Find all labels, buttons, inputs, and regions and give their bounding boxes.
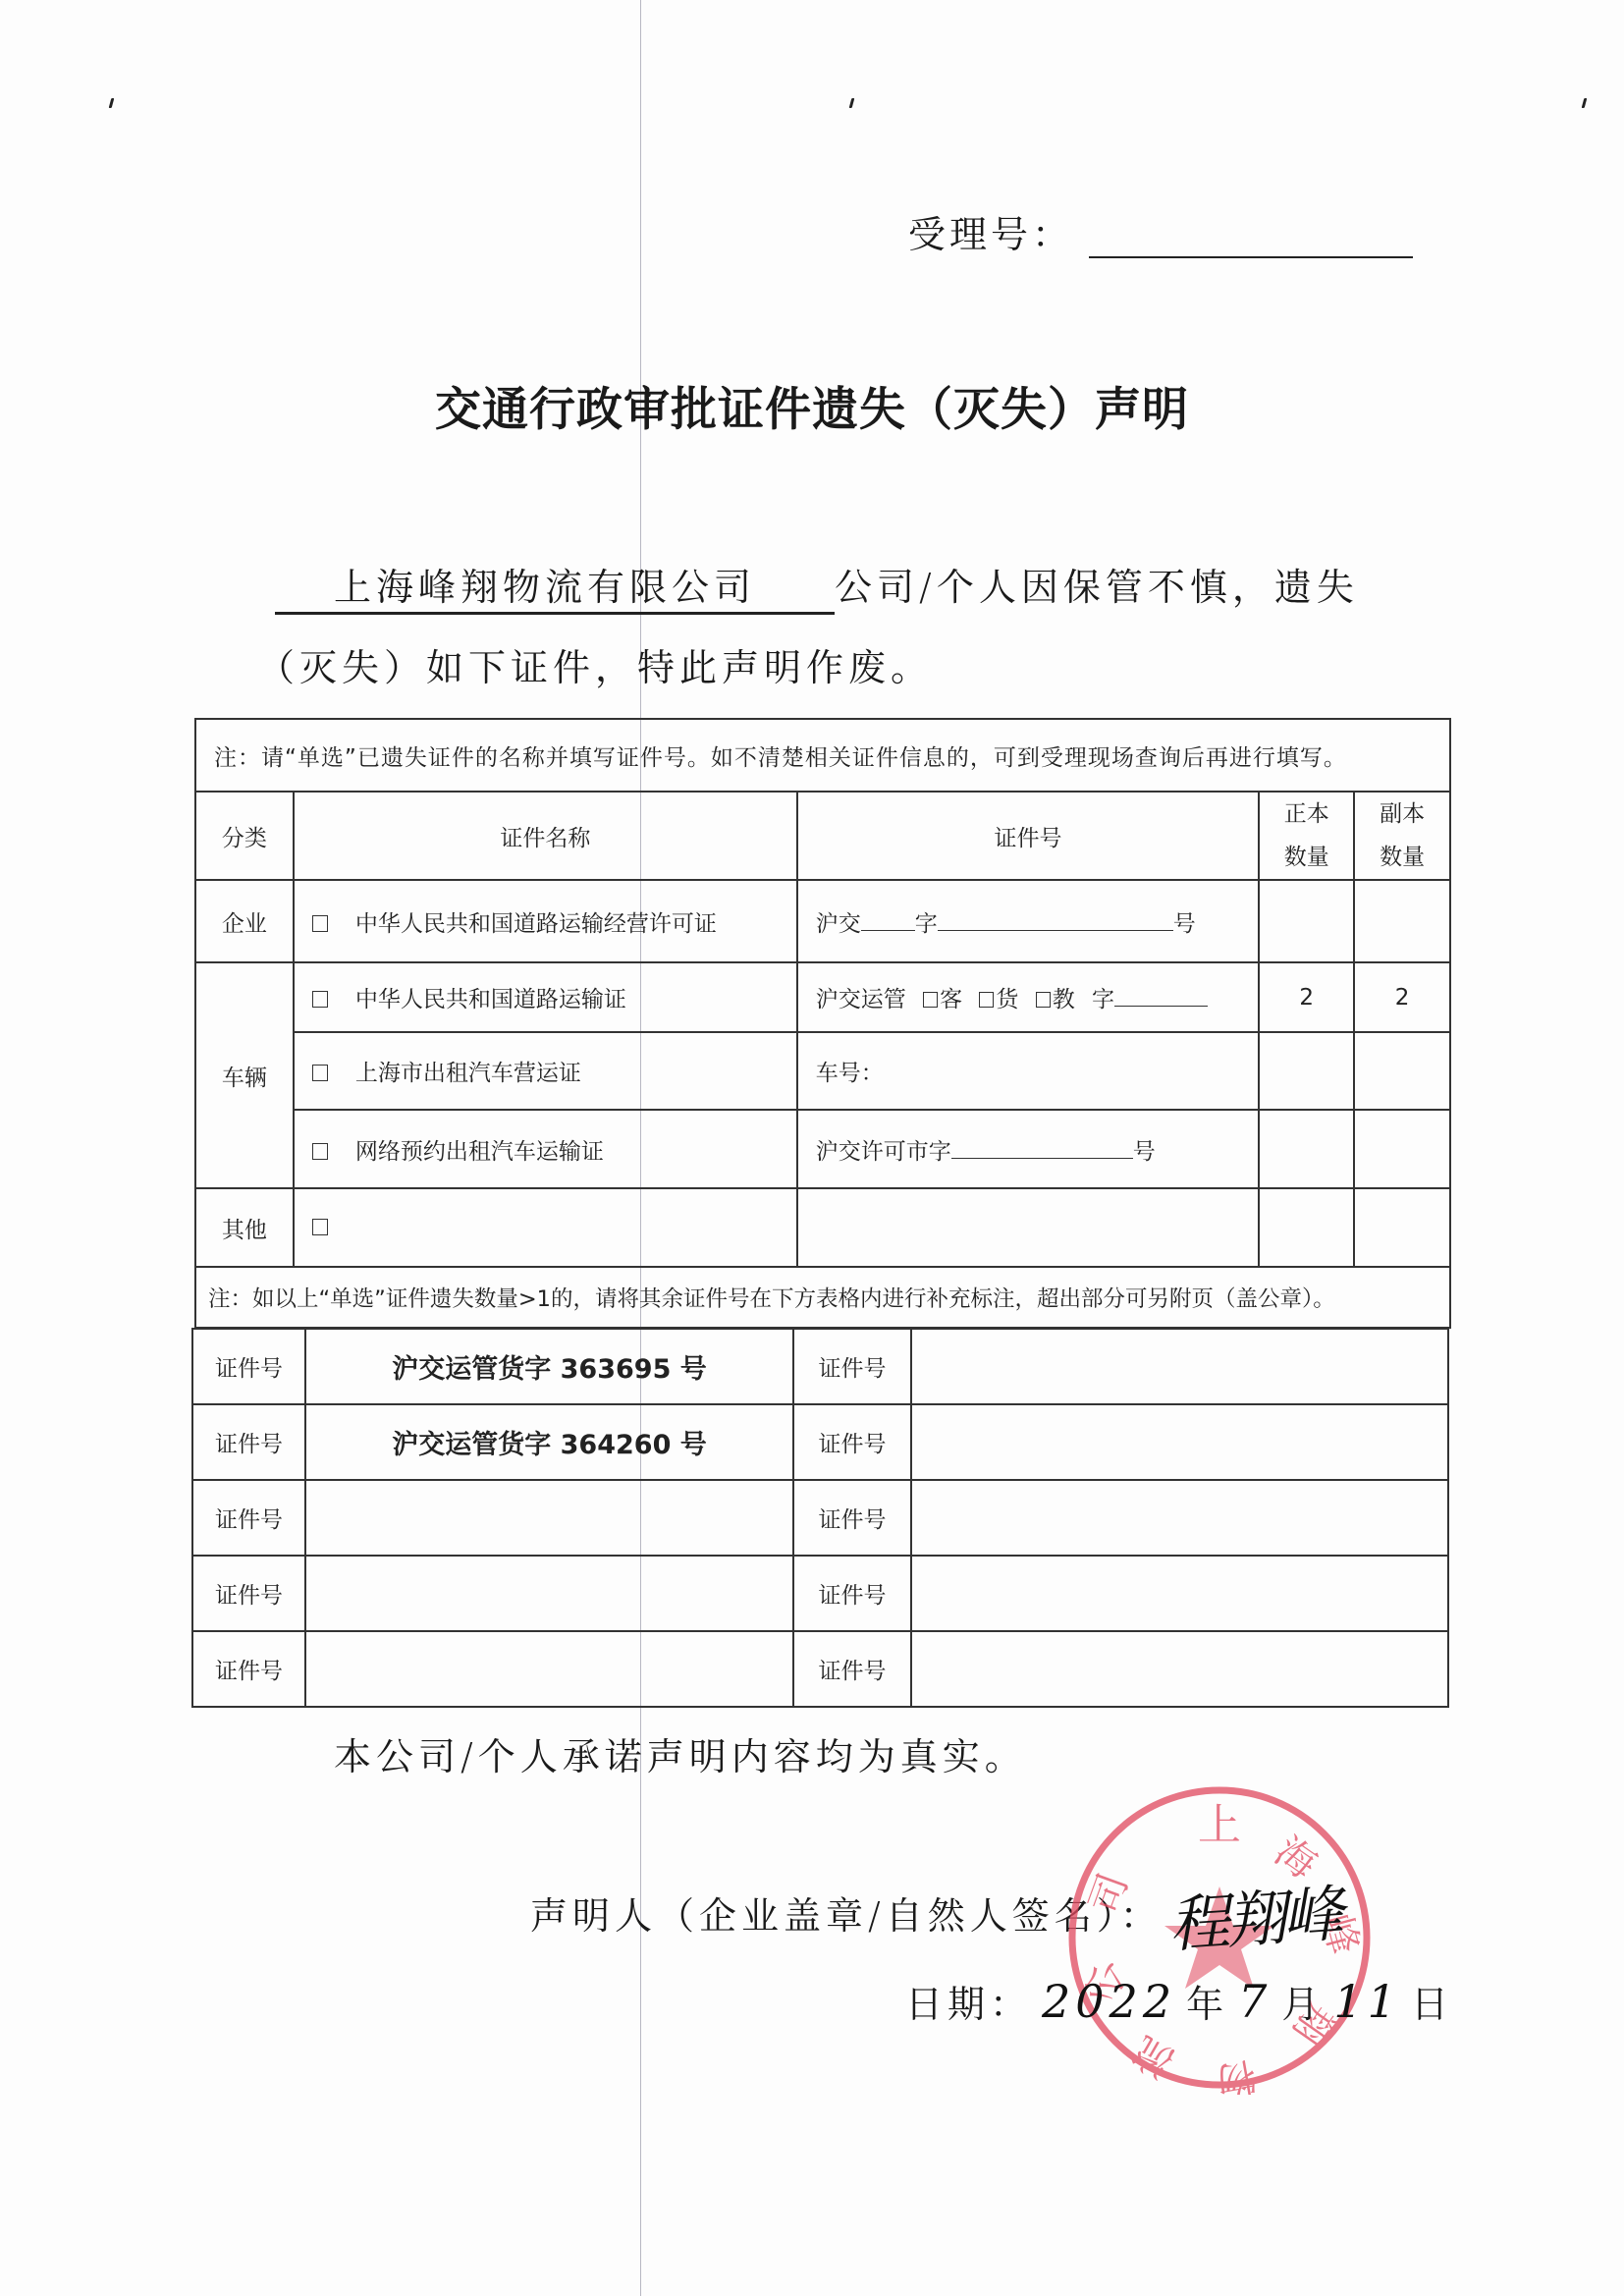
scan-mark (1582, 98, 1588, 108)
cert-name: 中华人民共和国道路运输经营许可证 (355, 911, 717, 937)
original-qty[interactable]: 2 (1259, 962, 1354, 1032)
number-blank[interactable] (951, 1138, 1133, 1159)
select-checkbox[interactable] (312, 991, 328, 1008)
option-cargo-label: 货 (996, 987, 1018, 1012)
truthfulness-promise: 本公司/个人承诺声明内容均为真实。 (334, 1726, 1027, 1780)
date-day[interactable]: 11 (1333, 1975, 1401, 2028)
number-value[interactable] (305, 1480, 793, 1556)
table-row: 证件号 沪交运管货字 363695 号 证件号 (192, 1329, 1448, 1404)
option-training-label: 教 (1053, 987, 1075, 1012)
number-blank[interactable] (861, 910, 915, 931)
date-year[interactable]: 2022 (1042, 1975, 1176, 2028)
number-blank[interactable] (1114, 986, 1208, 1007)
number-value[interactable] (911, 1631, 1448, 1707)
table-row-other: 其他 (195, 1188, 1450, 1267)
select-checkbox[interactable] (312, 915, 328, 932)
instruction-note: 注：请“单选”已遗失证件的名称并填写证件号。如不清楚相关证件信息的，可到受理现场… (195, 719, 1450, 792)
number-suffix: 号 (1133, 1139, 1156, 1165)
declarant-label: 声明人（企业盖章/自然人签名）： (530, 1886, 1163, 1940)
select-checkbox[interactable] (312, 1143, 328, 1160)
number-label: 证件号 (192, 1556, 305, 1631)
number-value[interactable] (911, 1480, 1448, 1556)
category-other: 其他 (195, 1188, 294, 1267)
cert-name: 上海市出租汽车营运证 (355, 1061, 581, 1086)
table-row-enterprise: 企业 中华人民共和国道路运输经营许可证 沪交字号 (195, 880, 1450, 962)
number-value[interactable]: 沪交运管货字 364260 号 (305, 1404, 793, 1480)
original-qty[interactable] (1259, 880, 1354, 962)
cert-name-cell: 中华人民共和国道路运输证 (294, 962, 797, 1032)
select-checkbox[interactable] (312, 1065, 328, 1081)
statement-line1: 公司/个人因保管不慎，遗失 (835, 566, 1359, 609)
cert-name-cell (294, 1188, 797, 1267)
svg-text:流: 流 (1126, 2027, 1183, 2086)
cert-number-cell: 车号： (797, 1032, 1260, 1110)
cert-name: 网络预约出租汽车运输证 (355, 1139, 604, 1165)
copy-qty[interactable] (1354, 880, 1450, 962)
category-vehicle: 车辆 (195, 962, 294, 1188)
number-value[interactable] (911, 1556, 1448, 1631)
header-original-qty-line2: 数量 (1260, 836, 1353, 879)
original-qty[interactable] (1259, 1032, 1354, 1110)
copy-qty[interactable] (1354, 1110, 1450, 1188)
date-year-unit: 年 (1186, 1983, 1228, 2026)
number-value[interactable]: 沪交运管货字 363695 号 (305, 1329, 793, 1404)
number-value[interactable] (305, 1556, 793, 1631)
statement-paragraph: 上海峰翔物流有限公司公司/个人因保管不慎，遗失 （灭失）如下证件，特此声明作废。 (275, 545, 1404, 710)
table-row: 证件号 沪交运管货字 364260 号 证件号 (192, 1404, 1448, 1480)
cert-number-cell: 沪交运管 客 货 教 字 (797, 962, 1260, 1032)
option-passenger-checkbox[interactable] (923, 992, 938, 1008)
number-value[interactable] (305, 1631, 793, 1707)
copy-qty[interactable] (1354, 1188, 1450, 1267)
number-label: 证件号 (192, 1404, 305, 1480)
document-title: 交通行政审批证件遗失（灭失）声明 (0, 373, 1624, 439)
table-row-vehicle-taxi: 上海市出租汽车营运证 车号： (195, 1032, 1450, 1110)
select-checkbox[interactable] (312, 1219, 328, 1235)
accept-number-field: 受理号： (908, 204, 1413, 258)
option-cargo-checkbox[interactable] (979, 992, 994, 1008)
table-row: 证件号 证件号 (192, 1556, 1448, 1631)
scan-mark (849, 98, 855, 108)
header-copy-qty-line2: 数量 (1355, 836, 1449, 879)
number-value[interactable] (911, 1404, 1448, 1480)
number-prefix: 沪交许可市字 (816, 1139, 951, 1165)
svg-text:物: 物 (1214, 2052, 1260, 2095)
cert-number-cell[interactable] (797, 1188, 1260, 1267)
number-prefix: 沪交运管 (816, 987, 906, 1012)
date-field: 日期：2022年7月11日 (905, 1974, 1453, 2028)
date-month[interactable]: 7 (1238, 1975, 1272, 2028)
table-header-row: 分类 证件名称 证件号 正本 数量 副本 数量 (195, 792, 1450, 880)
company-name[interactable]: 上海峰翔物流有限公司 (275, 563, 835, 615)
header-cert-number: 证件号 (797, 792, 1260, 880)
table-row: 证件号 证件号 (192, 1631, 1448, 1707)
number-blank[interactable] (938, 910, 1173, 931)
number-label: 证件号 (793, 1480, 911, 1556)
number-prefix: 沪交 (816, 911, 861, 937)
scan-mark (109, 98, 115, 108)
statement-line2: （灭失）如下证件，特此声明作废。 (257, 626, 1404, 710)
number-label: 证件号 (192, 1480, 305, 1556)
original-qty[interactable] (1259, 1188, 1354, 1267)
number-label: 证件号 (192, 1631, 305, 1707)
date-month-unit: 月 (1281, 1983, 1324, 2026)
cert-name-cell: 上海市出租汽车营运证 (294, 1032, 797, 1110)
header-copy-qty: 副本 数量 (1354, 792, 1450, 880)
copy-qty[interactable]: 2 (1354, 962, 1450, 1032)
number-suffix: 号 (1173, 911, 1196, 937)
svg-text:上: 上 (1198, 1800, 1241, 1850)
cert-number-cell: 沪交字号 (797, 880, 1260, 962)
cert-name-cell: 中华人民共和国道路运输经营许可证 (294, 880, 797, 962)
number-prefix: 车号： (816, 1061, 884, 1086)
accept-number-blank[interactable] (1089, 213, 1413, 258)
cert-name-cell: 网络预约出租汽车运输证 (294, 1110, 797, 1188)
header-category: 分类 (195, 792, 294, 880)
table-row-vehicle-ride-hailing: 网络预约出租汽车运输证 沪交许可市字号 (195, 1110, 1450, 1188)
cert-number-cell: 沪交许可市字号 (797, 1110, 1260, 1188)
instruction-row: 注：请“单选”已遗失证件的名称并填写证件号。如不清楚相关证件信息的，可到受理现场… (195, 719, 1450, 792)
number-label: 证件号 (192, 1329, 305, 1404)
option-training-checkbox[interactable] (1036, 992, 1051, 1008)
supplementary-note-row: 注：如以上“单选”证件遗失数量>1的，请将其余证件号在下方表格内进行补充标注，超… (195, 1267, 1450, 1328)
cert-name: 中华人民共和国道路运输证 (355, 987, 626, 1012)
lost-certificate-table: 注：请“单选”已遗失证件的名称并填写证件号。如不清楚相关证件信息的，可到受理现场… (194, 718, 1451, 1329)
header-original-qty: 正本 数量 (1259, 792, 1354, 880)
number-label: 证件号 (793, 1329, 911, 1404)
category-enterprise: 企业 (195, 880, 294, 962)
number-label: 证件号 (793, 1556, 911, 1631)
number-label: 证件号 (793, 1404, 911, 1480)
handwritten-signature: 程翔峰 (1165, 1865, 1342, 1964)
number-label: 证件号 (793, 1631, 911, 1707)
number-mid: 字 (1092, 987, 1114, 1012)
additional-numbers-table: 证件号 沪交运管货字 363695 号 证件号 证件号 沪交运管货字 36426… (191, 1328, 1449, 1708)
number-value[interactable] (911, 1329, 1448, 1404)
table-row: 证件号 证件号 (192, 1480, 1448, 1556)
header-copy-qty-line1: 副本 (1355, 793, 1449, 836)
table-row-vehicle-transport: 车辆 中华人民共和国道路运输证 沪交运管 客 货 教 字 2 2 (195, 962, 1450, 1032)
supplementary-note: 注：如以上“单选”证件遗失数量>1的，请将其余证件号在下方表格内进行补充标注，超… (195, 1267, 1450, 1328)
original-qty[interactable] (1259, 1110, 1354, 1188)
date-day-unit: 日 (1411, 1983, 1453, 2026)
accept-number-label: 受理号： (908, 204, 1073, 258)
number-mid: 字 (915, 911, 938, 937)
header-cert-name: 证件名称 (294, 792, 797, 880)
date-label: 日期： (905, 1983, 1032, 2026)
copy-qty[interactable] (1354, 1032, 1450, 1110)
option-passenger-label: 客 (940, 987, 962, 1012)
header-original-qty-line1: 正本 (1260, 793, 1353, 836)
